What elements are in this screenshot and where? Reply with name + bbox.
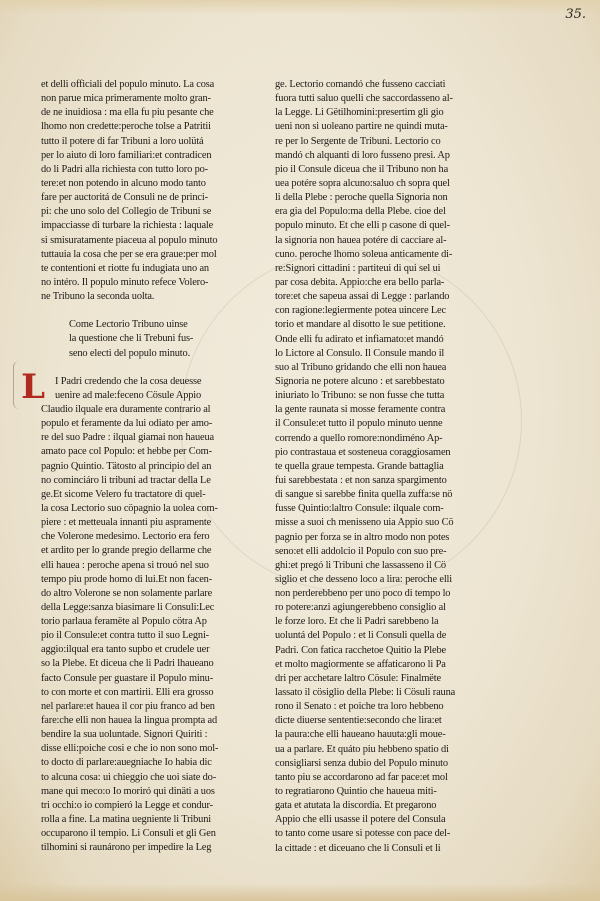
text-line: tere:et non potendo in alcuno modo tanto [41, 177, 259, 191]
text-line: nel parlare:et hauea il cor piu franco a… [41, 700, 259, 714]
right-column: ge. Lectorio comandó che fusseno cacciat… [275, 78, 493, 856]
text-line: fui sarebbestata : et non sanza spargime… [275, 474, 493, 488]
text-line: no cominciáro li tribuni ad tractar dell… [41, 474, 259, 488]
text-line: che Volerone medesimo. Lectorio era fero [41, 530, 259, 544]
folio-number: 35. [565, 7, 586, 22]
text-line: tri occhi:o io compieró la Legge et cond… [41, 799, 259, 813]
text-line: re del suo Padre : ilqual giamai non hau… [41, 431, 259, 445]
text-line: consigliarsi senza dubio del Populo minu… [275, 757, 493, 771]
text-line: fare:che elli non hauea la lingua prompt… [41, 714, 259, 728]
text-line: et ardito per lo grande pregio dellarme … [41, 544, 259, 558]
text-line: cuno. peroche lhomo soleua anticamente d… [275, 248, 493, 262]
left-column: et delli officiali del populo minuto. La… [41, 78, 259, 855]
text-line: lassato il cösiglio della Plebe: li Cösu… [275, 686, 493, 700]
text-line: della Legge:sanza biasimare li Consuli:L… [41, 601, 259, 615]
text-line: et molto magiormente se affaticarono li … [275, 658, 493, 672]
text-line: tutto il potere di far Tribuni a loro uo… [41, 135, 259, 149]
text-line: siglio et che desseno loco a lira: peroc… [275, 573, 493, 587]
text-line: do altro Volerone se non solamente parla… [41, 587, 259, 601]
text-line: tempo piu prode homo di lui.Et non facen… [41, 573, 259, 587]
text-line: fare per auctoritá de Consuli ne de prin… [41, 191, 259, 205]
text-line: si smisuratamente piaceua al populo minu… [41, 234, 259, 248]
text-line: facto Consule per guastare il Populo min… [41, 672, 259, 686]
text-line: aggio:ilqual era tanto supbo et crudele … [41, 643, 259, 657]
text-line: ro potere:anzi agiungerebbeno consiglio … [275, 601, 493, 615]
text-line: Signoria ne potere alcuno : et sarebbest… [275, 375, 493, 389]
text-line: bendire la sua uoluntade. Signori Quirit… [41, 728, 259, 742]
text-line: la signoria non hauea potére di cacciare… [275, 234, 493, 248]
page-edge-stain-bottom [0, 883, 600, 901]
text-line: no intéro. Il populo minuto refece Voler… [41, 276, 259, 290]
text-line: seno:et elli addolcio il Populo con suo … [275, 545, 493, 559]
text-line: non parue mica primeramente molto gran- [41, 92, 259, 106]
text-line: par cosa debita. Appio:che era bello par… [275, 276, 493, 290]
text-line: torio et mandare al disotto le sue petit… [275, 318, 493, 332]
text-line: seno electi del populo minuto. [69, 347, 259, 361]
heading-spacer [41, 361, 259, 375]
text-line: so la Plebe. Et diceua che li Padri lhau… [41, 657, 259, 671]
text-line: Claudio ilquale era duramente contrario … [41, 403, 259, 417]
text-line: tilhomini si raunárono per impedire la L… [41, 841, 259, 855]
left-column-body-text: I Padri credendo che la cosa deuesseueni… [41, 375, 259, 856]
text-line: ge. Lectorio comandó che fusseno cacciat… [275, 78, 493, 92]
text-line: populo minuto. Et che elli p casone di q… [275, 219, 493, 233]
text-line: il Consule:et tutto il populo minuto uen… [275, 417, 493, 431]
text-line: pagnio per forza se in altro modo non po… [275, 531, 493, 545]
text-line: suo al Tribuno gridando che elli non hau… [275, 361, 493, 375]
text-line: re per lo Sergente de Tribuni. Lectorio … [275, 135, 493, 149]
text-line: ua a parlare. Et quáto piu hebbeno spati… [275, 743, 493, 757]
text-line: lo Lictore al Consulo. Il Consule mando … [275, 347, 493, 361]
text-line: ghi:et pregó li Tribuni che lassasseno i… [275, 559, 493, 573]
text-line: torio parlaua feramëte al Populo cötra A… [41, 615, 259, 629]
text-line: la gente raunata si mosse feramente cont… [275, 403, 493, 417]
text-line: re:Signori cittadini : partiteui di qui … [275, 262, 493, 276]
text-line: de ne inuidiosa : ma ella fu piu pesante… [41, 106, 259, 120]
text-line: iniuriato lo Tribuno: se non fusse che t… [275, 389, 493, 403]
text-line: pio il Consule diceua che il Tribuno non… [275, 163, 493, 177]
text-line: impacciasse di turbare la richiesta : la… [41, 219, 259, 233]
text-line: to regratiarono Quintio che haueua miti- [275, 785, 493, 799]
text-line: piere : et metteuala innanti piu asprame… [41, 516, 259, 530]
text-line: correndo a quello romore:nondiméno Ap- [275, 432, 493, 446]
text-line: pi: che uno solo del Collegio de Tribuni… [41, 205, 259, 219]
text-line: pio il Consule:et contra tutto il suo Le… [41, 629, 259, 643]
text-line: fusse Quintio:laltro Consule: ilquale co… [275, 502, 493, 516]
text-line: con ragione:legiermente potea uincere Le… [275, 304, 493, 318]
text-line: ne Tribuno la seconda uolta. [41, 290, 259, 304]
text-line: to docto di parlare:auegniache Io habia … [41, 756, 259, 770]
decorated-initial-letter: L [19, 371, 47, 403]
text-line: populo et feramente da lui odiato per am… [41, 417, 259, 431]
text-line: le forze loro. Et che li Padri sarebbeno… [275, 615, 493, 629]
chapter-body: L I Padri credendo che la cosa deuesseue… [41, 375, 259, 856]
text-line: dri per acchetare laltro Cösule: Finalmë… [275, 672, 493, 686]
text-line: et delli officiali del populo minuto. La… [41, 78, 259, 92]
text-line: uoluntá del Populo : et li Consuli quell… [275, 629, 493, 643]
text-line: disse elli:poiche cosi e che io non sono… [41, 742, 259, 756]
text-line: do li Padri alla richiesta con tutto lor… [41, 163, 259, 177]
text-line: pagnio Quintio. Tätosto al principio del… [41, 460, 259, 474]
chapter-heading: Come Lectorio Tribuno uinsela questione … [41, 318, 259, 360]
text-line: uenire ad male:feceno Cösule Appio [41, 389, 259, 403]
text-line: ueni non si uoleano partire ne quindi mu… [275, 120, 493, 134]
text-line: tanto piu se accordarono ad far pace:et … [275, 771, 493, 785]
text-line: amato pace col Populo: et hebbe per Com- [41, 445, 259, 459]
text-line: li della Plebe : peroche quella Signoria… [275, 191, 493, 205]
text-line: ge.Et sicome Velero fu tractatore di que… [41, 488, 259, 502]
text-line: la Legge. Li Gëtilhomini:presertim gli g… [275, 106, 493, 120]
text-line: elli hauea : peroche apena si trouó nel … [41, 559, 259, 573]
text-line: mane qui meco:o Io moriró qui dinäti a u… [41, 785, 259, 799]
text-line: la cosa Lectorio suo cöpagnio la uolea c… [41, 502, 259, 516]
page-edge-stain-top [0, 0, 600, 14]
text-line: rolla a fine. La matina uegniente li Tri… [41, 813, 259, 827]
text-line: per lo aiuto di loro familiari:et contra… [41, 149, 259, 163]
text-line: mandó ch alquanti di loro fusseno presi.… [275, 149, 493, 163]
text-line: te quella graue tempesta. Grande battagl… [275, 460, 493, 474]
text-line: era gia del Populo:ma della Plebe. cioe … [275, 205, 493, 219]
text-line: la paura:che elli haueano hauuta:gli mou… [275, 728, 493, 742]
text-line: to tanto come usare si potesse con pace … [275, 827, 493, 841]
text-line: to alcuna cosa: ui chieggio che uoi siat… [41, 771, 259, 785]
right-column-text: ge. Lectorio comandó che fusseno cacciat… [275, 78, 493, 856]
text-line: I Padri credendo che la cosa deuesse [41, 375, 259, 389]
text-line: lhomo non credette:peroche tolse a Patri… [41, 120, 259, 134]
text-line: la cittade : et diceuano che li Consuli … [275, 842, 493, 856]
text-line: Onde elli fu adirato et infiamato:et man… [275, 333, 493, 347]
text-line: fuora tutti saluo quelli che saccordasse… [275, 92, 493, 106]
text-line: te contentioni et riotte fu indugiata un… [41, 262, 259, 276]
text-line: gata et atutata la discordia. Et pregaro… [275, 799, 493, 813]
text-line: la questione che li Trebuni fus- [69, 332, 259, 346]
text-line: Appio che elli usasse il potere del Cons… [275, 813, 493, 827]
text-line: Come Lectorio Tribuno uinse [69, 318, 259, 332]
manuscript-page: 35. et delli officiali del populo minuto… [0, 0, 600, 901]
left-column-opening-text: et delli officiali del populo minuto. La… [41, 78, 259, 304]
text-line: to con morte et con martirii. Elli era g… [41, 686, 259, 700]
text-line: di sangue si sarebbe finita quella zuffa… [275, 488, 493, 502]
text-line: misse a suoi ch menisseno uia Appio suo … [275, 516, 493, 530]
text-line: dicte diuerse sententie:secondo che lira… [275, 714, 493, 728]
text-line: Padri. Con fatica racchetoe Quitio la Pl… [275, 644, 493, 658]
text-line: tuttauia la cosa che per se era graue:pe… [41, 248, 259, 262]
text-line: rono il Senato : et poiche tra loro hebb… [275, 700, 493, 714]
text-line: non perderebbeno per uno poco di tempo l… [275, 587, 493, 601]
text-line: occuparono il tempio. Li Consuli et gli … [41, 827, 259, 841]
text-line: pio contrastaua et sosteneua coraggiosam… [275, 446, 493, 460]
text-line: tore:et che sapeua assai di Legge : parl… [275, 290, 493, 304]
text-line: uea potére sopra alcuno:saluo ch sopra q… [275, 177, 493, 191]
